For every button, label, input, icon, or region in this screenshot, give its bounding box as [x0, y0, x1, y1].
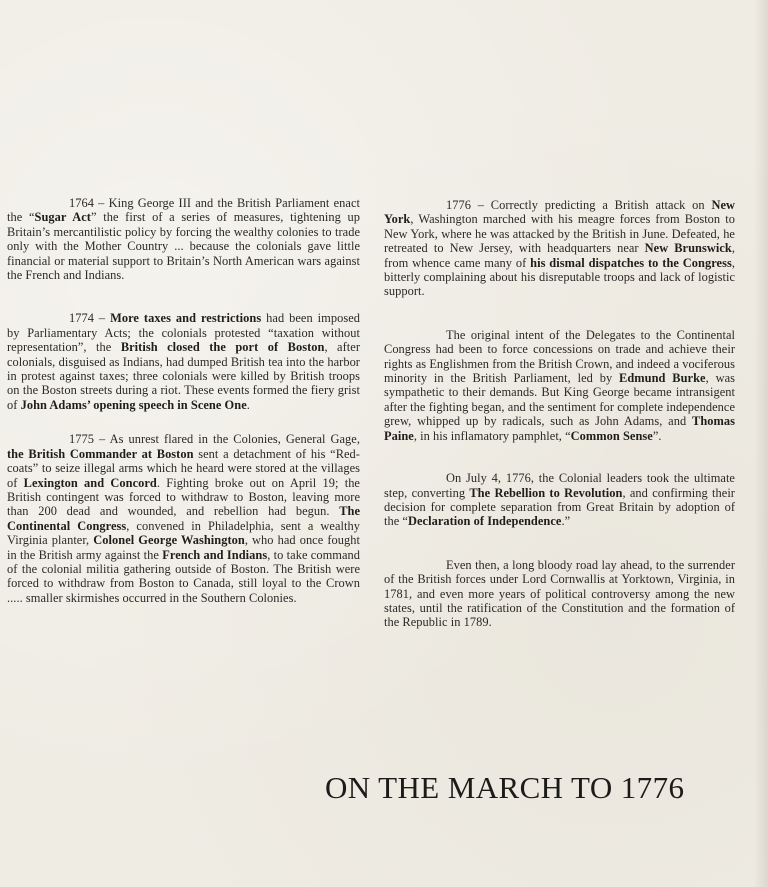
bold-emphasis: New York [384, 198, 735, 226]
bold-emphasis: Edmund Burke [619, 371, 706, 385]
paragraph-1776: 1776 – Correctly predicting a British at… [384, 198, 735, 299]
paragraph-original-intent: The original intent of the Delegates to … [384, 328, 735, 443]
page-title: ON THE MARCH TO 1776 [325, 770, 745, 806]
bold-emphasis: British closed the port of Boston [121, 340, 325, 354]
bold-emphasis: Lexington and Concord [24, 476, 157, 490]
paragraph-even-then: Even then, a long bloody road lay ahead,… [384, 558, 735, 630]
page-edge-shadow [754, 0, 768, 887]
paragraph-1764: 1764 – King George III and the British P… [7, 196, 360, 282]
paragraph-1775: 1775 – As unrest flared in the Colonies,… [7, 432, 360, 605]
bold-emphasis: Declaration of Independence [408, 514, 561, 528]
bold-emphasis: French and Indians [162, 548, 267, 562]
paragraph-july-4: On July 4, 1776, the Colonial leaders to… [384, 471, 735, 529]
bold-emphasis: More taxes and restrictions [110, 311, 261, 325]
paragraph-1774: 1774 – More taxes and restrictions had b… [7, 311, 360, 412]
right-column: 1776 – Correctly predicting a British at… [384, 198, 735, 630]
bold-emphasis: the British Commander at Boston [7, 447, 194, 461]
bold-emphasis: New Brunswick [645, 241, 732, 255]
bold-emphasis: Sugar Act [35, 210, 91, 224]
bold-emphasis: The Continental Congress [7, 504, 360, 532]
bold-emphasis: Colonel George Washington [93, 533, 245, 547]
bold-emphasis: John Adams’ opening speech in Scene One [21, 398, 247, 412]
bold-emphasis: The Rebellion to Revolution [469, 486, 622, 500]
left-column: 1764 – King George III and the British P… [7, 196, 360, 605]
bold-emphasis: Common Sense [571, 429, 653, 443]
bold-emphasis: Thomas Paine [384, 414, 735, 442]
bold-emphasis: his dismal dispatches to the Congress [530, 256, 732, 270]
